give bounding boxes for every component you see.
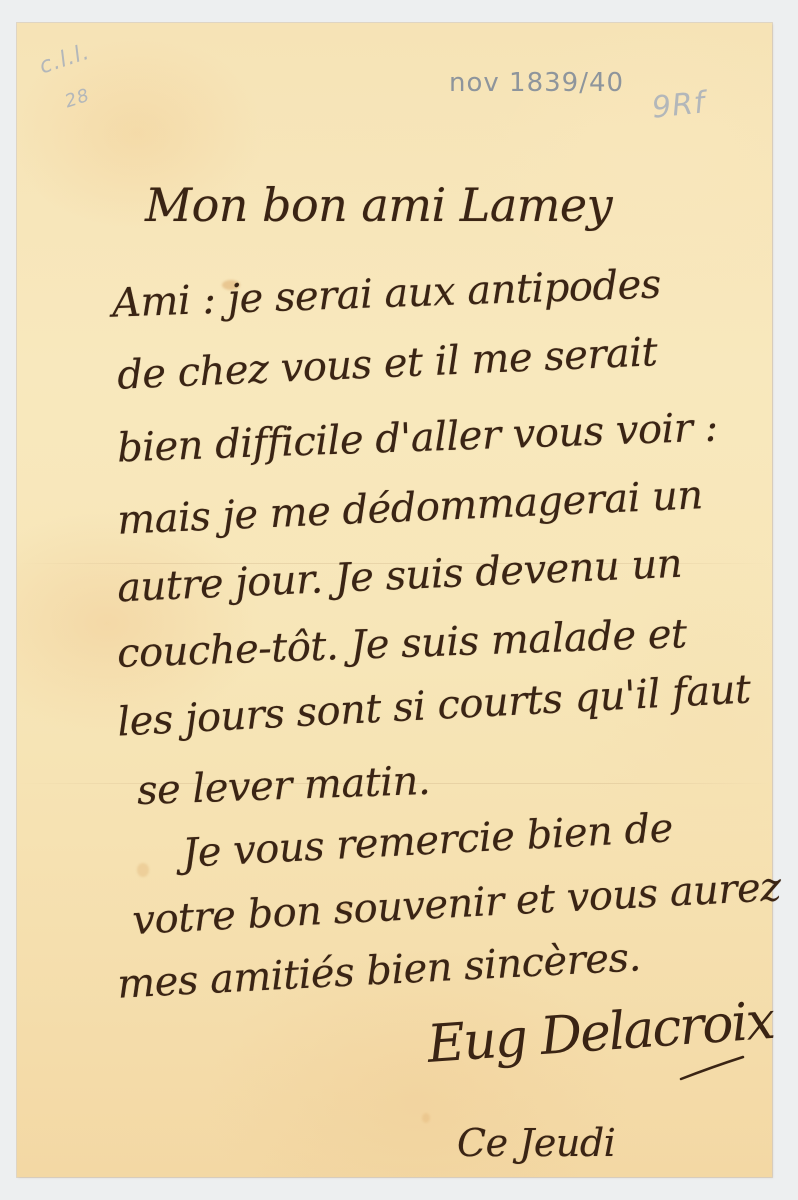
viewer-background: c.l.l. 28 nov 1839/40 9Rf Mon bon ami La… <box>0 0 798 1200</box>
letter-line: de chez vous et il me serait <box>116 329 658 399</box>
dateline: Ce Jeudi <box>457 1121 615 1165</box>
letter-salutation: Mon bon ami Lamey <box>145 178 612 232</box>
letter-line: les jours sont si courts qu'il faut <box>116 666 751 745</box>
pencil-note-number: 28 <box>62 85 92 113</box>
signature-flourish <box>677 1053 747 1083</box>
letter-line: se lever matin. <box>136 758 431 814</box>
archive-date-note: nov 1839/40 <box>449 68 624 98</box>
letter-line: Ami : je serai aux antipodes <box>111 261 661 326</box>
pencil-note-top-right: 9Rf <box>650 85 707 125</box>
ink-stain <box>137 863 149 877</box>
letter-line: Je vous remercie bien de <box>181 805 674 877</box>
letter-line: autre jour. Je suis devenu un <box>116 541 683 612</box>
letter-line: votre bon souvenir et vous aurez <box>131 864 782 944</box>
letter-line: mes amitiés bien sincères. <box>116 934 642 1007</box>
pencil-note-top-left: c.l.l. <box>36 40 93 80</box>
ink-stain <box>422 1113 430 1123</box>
letter-line: bien difficile d'aller vous voir : <box>116 405 718 472</box>
letter-paper: c.l.l. 28 nov 1839/40 9Rf Mon bon ami La… <box>17 23 772 1177</box>
letter-line: mais je me dédommagerai un <box>116 472 703 544</box>
letter-line: couche-tôt. Je suis malade et <box>116 611 687 677</box>
